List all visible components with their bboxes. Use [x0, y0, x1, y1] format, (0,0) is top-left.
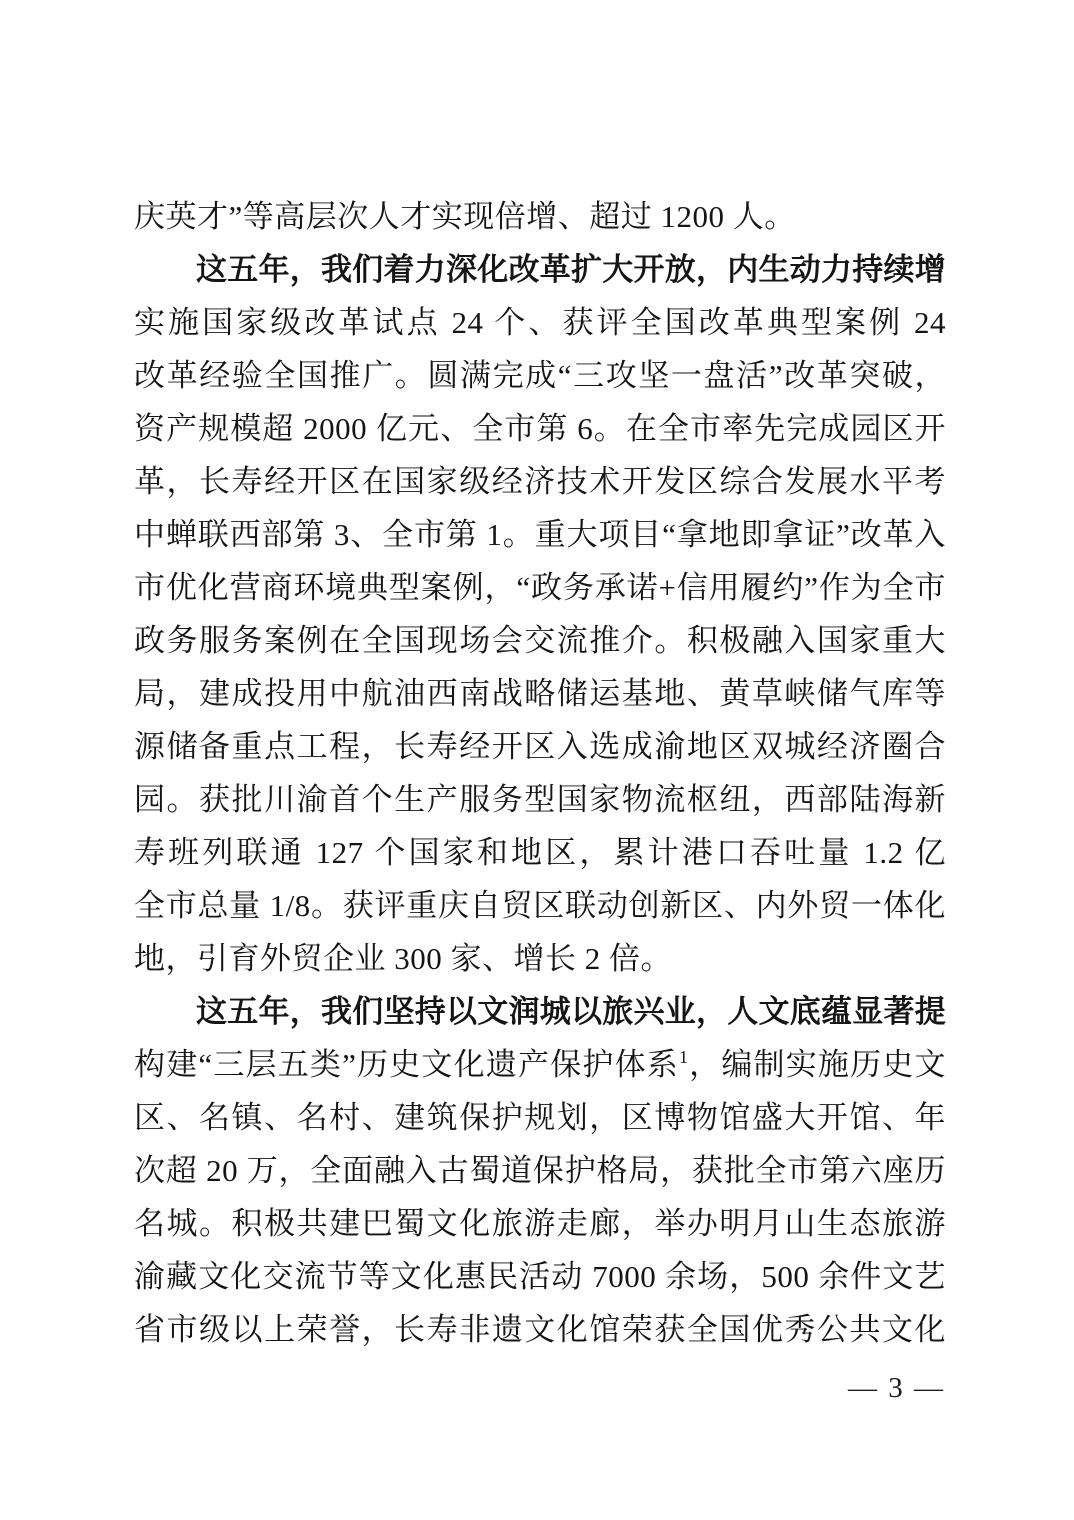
text-line: 局，建成投用中航油西南战略储运基地、黄草峡储气库等国家能 — [134, 667, 946, 720]
text-line: 革，长寿经开区在国家级经济技术开发区综合发展水平考核评价 — [134, 455, 946, 508]
text-line: 构建“三层五类”历史文化遗产保护体系1，编制实施历史文化街 — [134, 1038, 946, 1091]
page-number: — 3 — — [848, 1372, 945, 1404]
text-line: 源储备重点工程，长寿经开区入选成渝地区双城经济圈合作示范 — [134, 720, 946, 773]
text-line: 全市总量 1/8。获评重庆自贸区联动创新区、内外贸一体化示范基 — [134, 879, 946, 932]
document-body: 庆英才”等高层次人才实现倍增、超过 1200 人。这五年，我们着力深化改革扩大开… — [134, 190, 946, 1356]
text-line: 渝藏文化交流节等文化惠民活动 7000 余场，500 余件文艺作品获 — [134, 1250, 946, 1303]
text-line: 市优化营商环境典型案例，“政务承诺+信用履约”作为全市唯一 — [134, 561, 946, 614]
text-line: 改革经验全国推广。圆满完成“三攻坚一盘活”改革突破，国企 — [134, 349, 946, 402]
paragraph-lead-line: 这五年，我们着力深化改革扩大开放，内生动力持续增强。 — [134, 243, 946, 296]
text-line: 名城。积极共建巴蜀文化旅游走廊，举办明月山生态旅游文化节、 — [134, 1197, 946, 1250]
text-line: 资产规模超 2000 亿元、全市第 6。在全市率先完成园区开发区改 — [134, 402, 946, 455]
text-line: 省市级以上荣誉，长寿非遗文化馆荣获全国优秀公共文化空间， — [134, 1303, 946, 1356]
text-line: 实施国家级改革试点 24 个、获评全国改革典型案例 24 个，49 项 — [134, 296, 946, 349]
text-line: 次超 20 万，全面融入古蜀道保护格局，获批全市第六座历史文化 — [134, 1144, 946, 1197]
text-line: 寿班列联通 127 个国家和地区，累计港口吞吐量 1.2 亿吨、约占 — [134, 826, 946, 879]
text-line: 园。获批川渝首个生产服务型国家物流枢纽，西部陆海新通道长 — [134, 773, 946, 826]
text-line: 中蝉联西部第 3、全市第 1。重大项目“拿地即拿证”改革入选全 — [134, 508, 946, 561]
text-line: 地，引育外贸企业 300 家、增长 2 倍。 — [134, 932, 946, 985]
text-line: 政务服务案例在全国现场会交流推介。积极融入国家重大战略布 — [134, 614, 946, 667]
paragraph-lead-line: 这五年，我们坚持以文润城以旅兴业，人文底蕴显著提升。 — [134, 985, 946, 1038]
text-segment: 构建“三层五类”历史文化遗产保护体系 — [134, 1047, 679, 1082]
text-line: 区、名镇、名村、建筑保护规划，区博物馆盛大开馆、年参观人 — [134, 1091, 946, 1144]
document-page: 庆英才”等高层次人才实现倍增、超过 1200 人。这五年，我们着力深化改革扩大开… — [0, 0, 1074, 1520]
text-line: 庆英才”等高层次人才实现倍增、超过 1200 人。 — [134, 190, 946, 243]
